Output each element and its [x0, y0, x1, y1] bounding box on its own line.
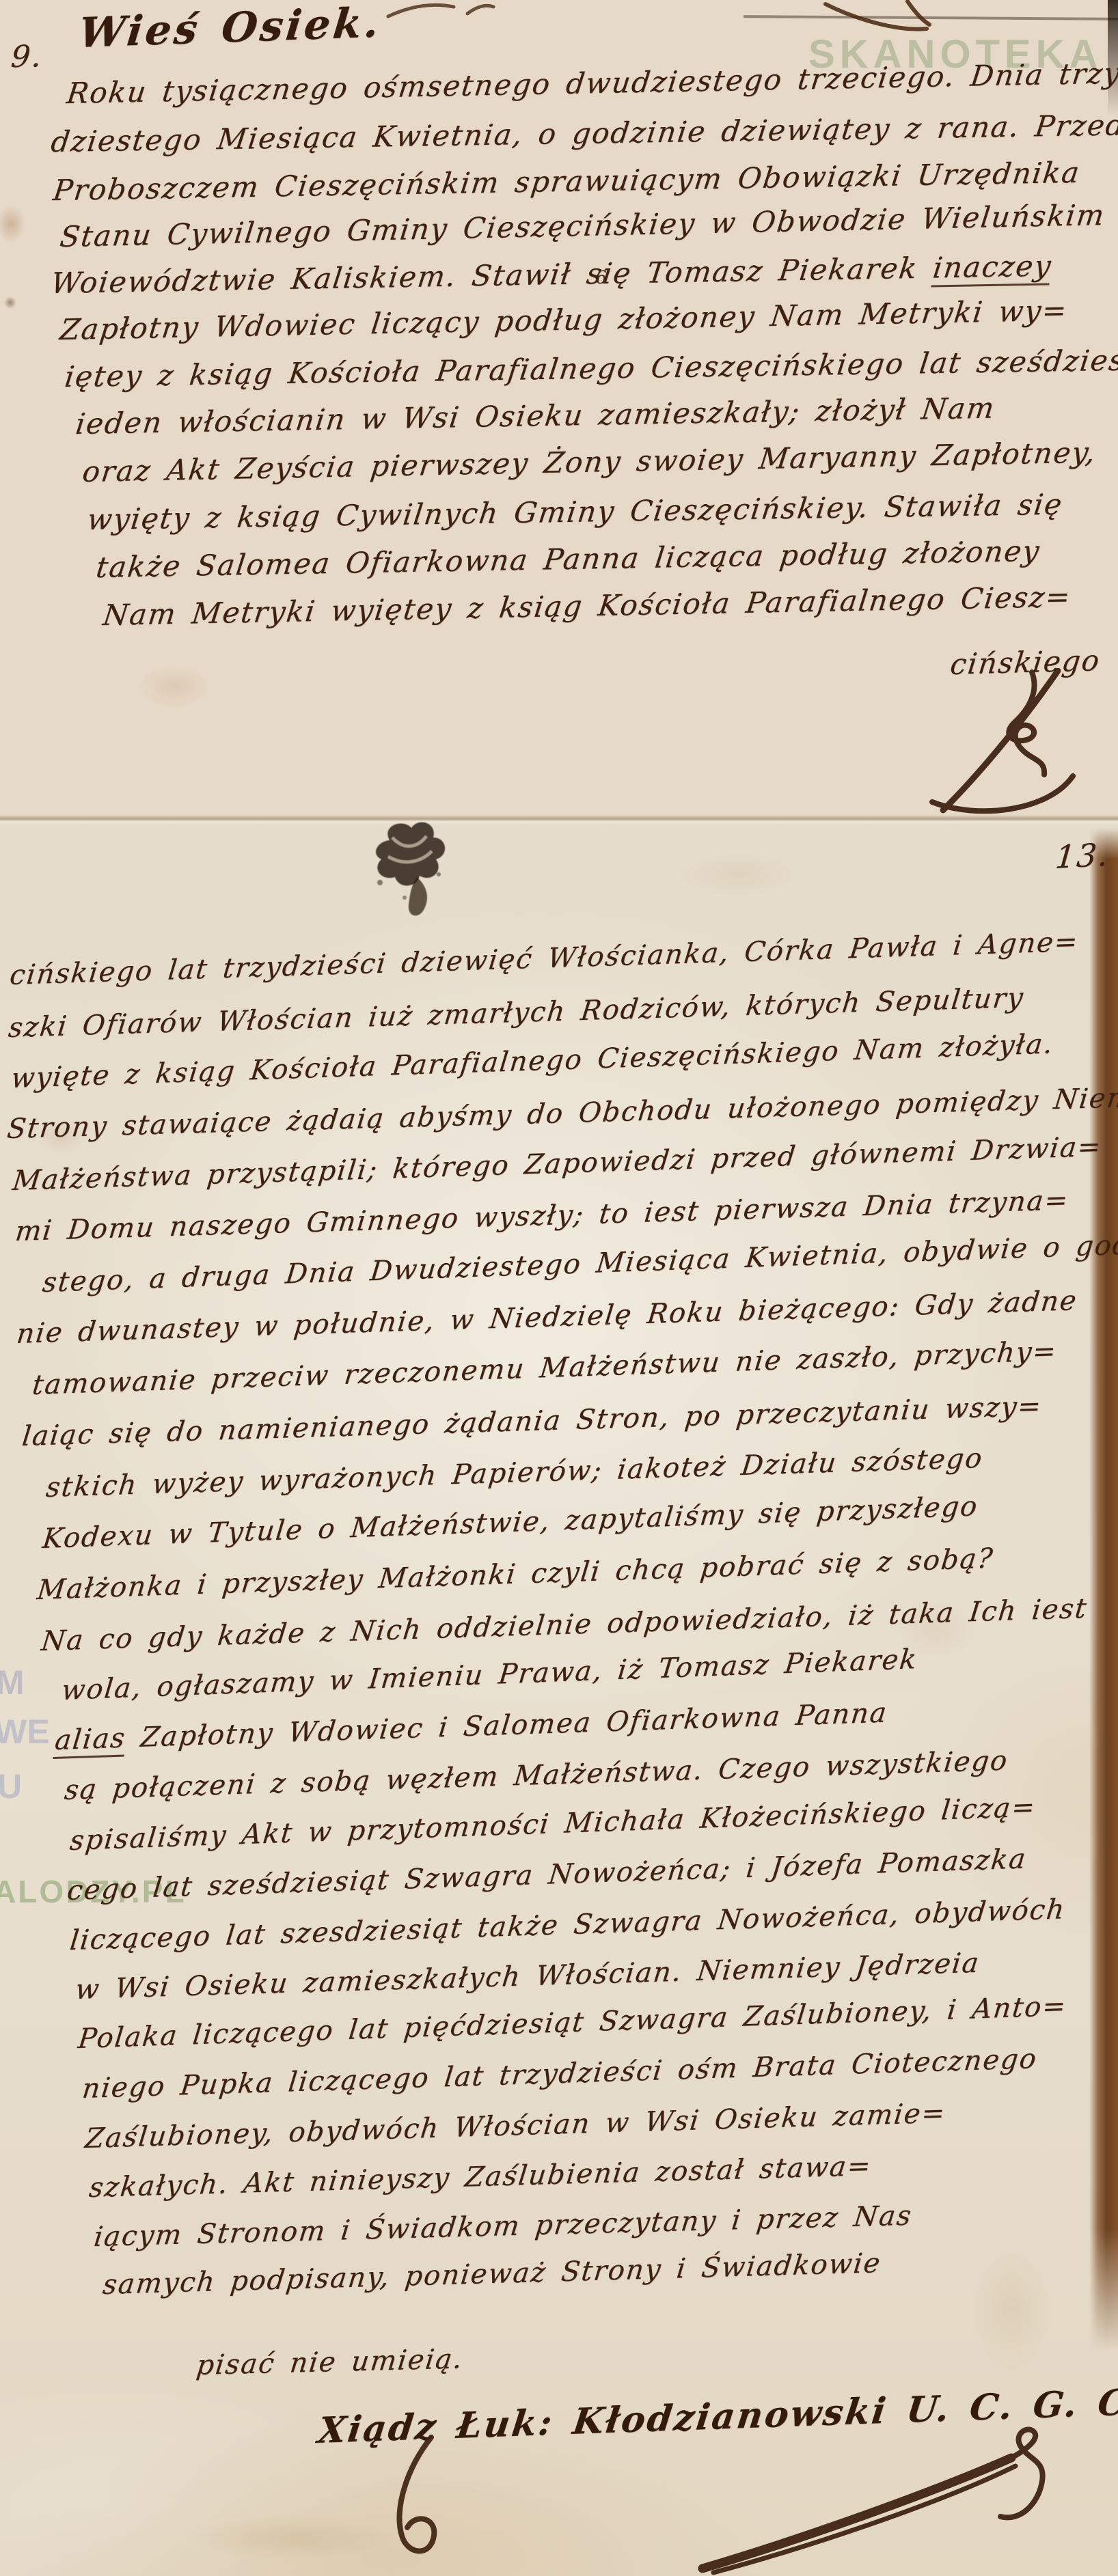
paper-stain: [649, 844, 827, 905]
signature-flourish: [690, 2418, 1087, 2576]
act-number: 9.: [10, 39, 44, 74]
paper-stain: [123, 656, 226, 717]
ink-stamp: [364, 817, 466, 926]
paper-stain: [957, 2220, 1066, 2398]
signature-flourish: [366, 2432, 469, 2568]
paraph-flourish: [917, 668, 1088, 822]
paper-stain: [1, 294, 19, 311]
page-number: 13.: [1054, 836, 1111, 876]
handwritten-line: pisać nie umieią.: [195, 2343, 465, 2381]
watermark-fragment: U: [0, 1767, 22, 1806]
scanned-document: SKANOTEKA GE M WE U ALODZY.PL Wieś Osiek…: [0, 0, 1118, 2576]
cut-off-stroke: [383, 0, 499, 19]
book-binding-edge: [1089, 828, 1118, 2351]
watermark-fragment: WE: [0, 1712, 50, 1751]
watermark-fragment: M: [0, 1663, 25, 1702]
cut-off-stroke: [819, 0, 935, 41]
